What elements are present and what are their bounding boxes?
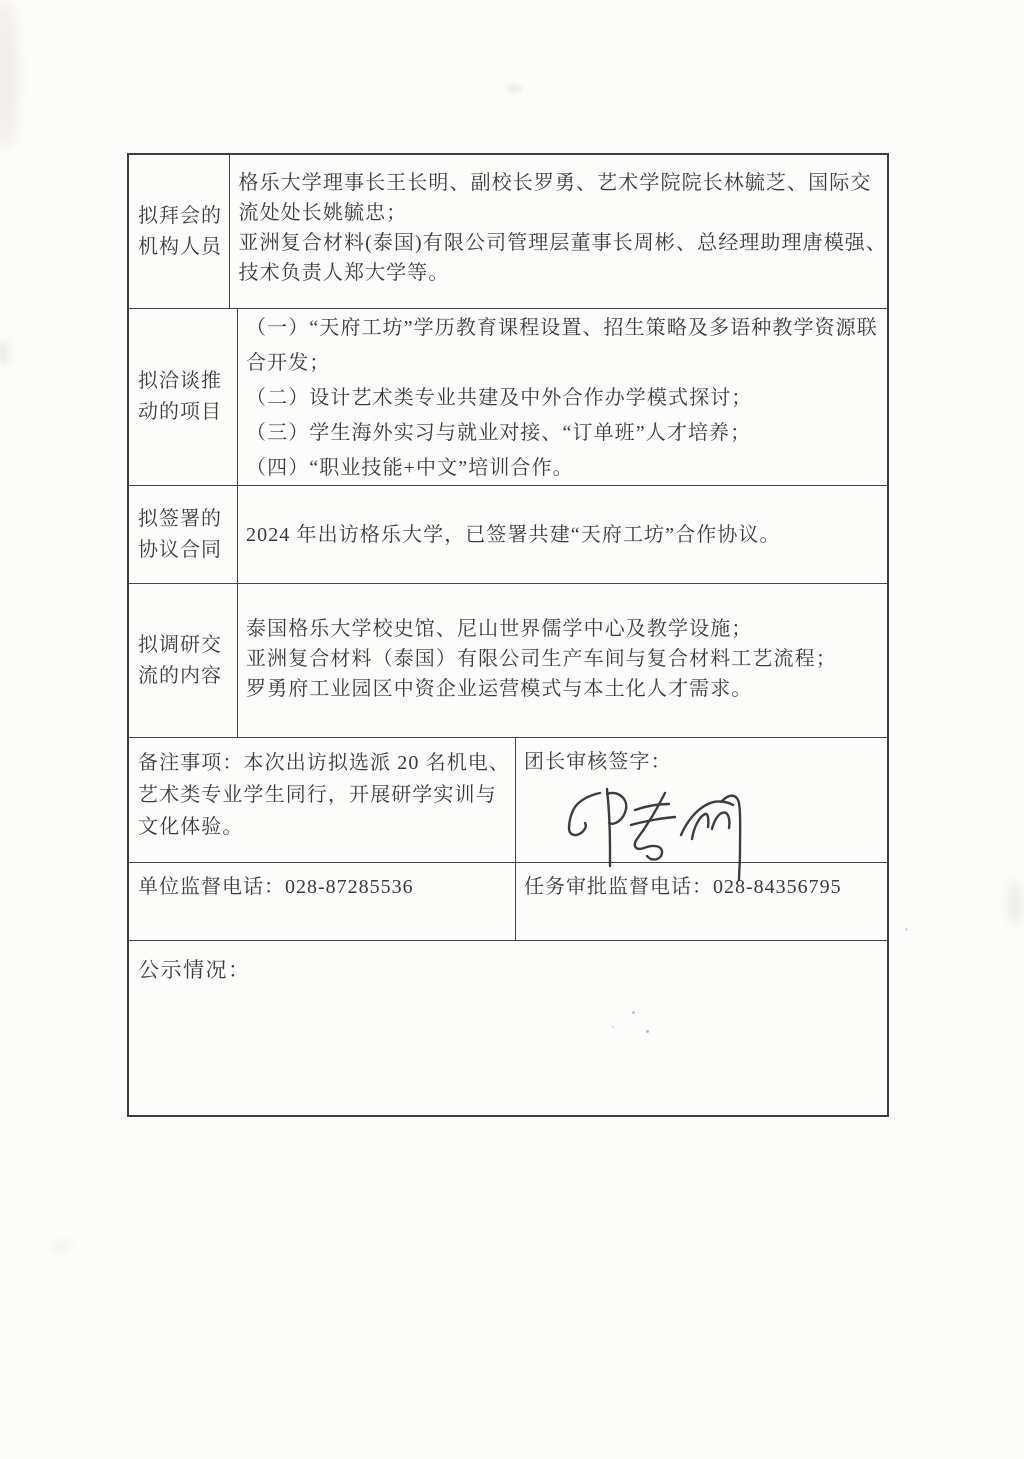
scan-smudge: [52, 1240, 72, 1252]
row-label-line: 动的项目: [138, 397, 237, 428]
row-label-line: 拟拜会的: [138, 201, 229, 232]
content-line: 罗勇府工业园区中资企业运营模式与本土化人才需求。: [246, 674, 887, 704]
table-row-notes-signature: 备注事项：本次出访拟选派 20 名机电、 艺术类专业学生同行，开展研学实训与 文…: [129, 738, 887, 863]
row-label-line: 机构人员: [138, 232, 229, 263]
content-line: （一）“天府工坊”学历教育课程设置、招生策略及多语种教学资源联: [246, 311, 887, 346]
table-row-research: 拟调研交 流的内容 泰国格乐大学校史馆、尼山世界儒学中心及教学设施； 亚洲复合材…: [129, 584, 887, 738]
row-label-line: 流的内容: [138, 661, 237, 692]
content-line: （四）“职业技能+中文”培训合作。: [246, 451, 887, 486]
row-label-line: 拟调研交: [138, 630, 237, 661]
scan-smudge: [1008, 880, 1022, 926]
scan-smudge: [0, 340, 10, 366]
table-row-phones: 单位监督电话：028-87285536 任务审批监督电话：028-8435679…: [129, 863, 887, 941]
row-content-projects: （一）“天府工坊”学历教育课程设置、招生策略及多语种教学资源联 合开发； （二）…: [238, 309, 887, 485]
row-content-agreements: 2024 年出访格乐大学，已签署共建“天府工坊”合作协议。: [238, 486, 887, 583]
content-line: （三）学生海外实习与就业对接、“订单班”人才培养；: [246, 416, 887, 451]
notes-cell: 备注事项：本次出访拟选派 20 名机电、 艺术类专业学生同行，开展研学实训与 文…: [129, 738, 516, 862]
task-phone-text: 任务审批监督电话：028-84356795: [524, 873, 887, 901]
row-label-research: 拟调研交 流的内容: [129, 584, 238, 737]
row-label-line: 协议合同: [138, 535, 237, 566]
table-row-agreements: 拟签署的 协议合同 2024 年出访格乐大学，已签署共建“天府工坊”合作协议。: [129, 486, 887, 584]
scan-speck: [905, 928, 908, 931]
content-line: 2024 年出访格乐大学，已签署共建“天府工坊”合作协议。: [246, 522, 781, 548]
row-label-line: 拟签署的: [138, 504, 237, 535]
content-line: （二）设计艺术类专业共建及中外合作办学模式探讨；: [246, 381, 887, 416]
task-phone-cell: 任务审批监督电话：028-84356795: [516, 863, 887, 940]
table-row-publicity: 公示情况：: [129, 941, 887, 1115]
row-label-line: 拟洽谈推: [138, 366, 237, 397]
publicity-cell: 公示情况：: [129, 941, 887, 1115]
content-line: 亚洲复合材料（泰国）有限公司生产车间与复合材料工艺流程；: [246, 644, 887, 674]
unit-phone-cell: 单位监督电话：028-87285536: [129, 863, 516, 940]
notes-line: 备注事项：本次出访拟选派 20 名机电、: [138, 747, 515, 779]
content-line: 流处处长姚毓忠；: [238, 198, 887, 228]
content-line: 亚洲复合材料(泰国)有限公司管理层董事长周彬、总经理助理唐模强、: [238, 228, 887, 258]
scanned-document-page: 拟拜会的 机构人员 格乐大学理事长王长明、副校长罗勇、艺术学院院长林毓芝、国际交…: [0, 0, 1024, 1459]
signature-label: 团长审核签字：: [524, 747, 887, 777]
notes-line: 文化体验。: [138, 811, 515, 843]
row-label-agreements: 拟签署的 协议合同: [129, 486, 238, 583]
signature-name: 邱春丽: [524, 777, 525, 778]
signature-cell: 团长审核签字： 邱春丽: [516, 738, 887, 862]
content-line: 泰国格乐大学校史馆、尼山世界儒学中心及教学设施；: [246, 614, 887, 644]
content-line: 格乐大学理事长王长明、副校长罗勇、艺术学院院长林毓芝、国际交: [238, 168, 887, 198]
row-content-visit-targets: 格乐大学理事长王长明、副校长罗勇、艺术学院院长林毓芝、国际交 流处处长姚毓忠； …: [230, 155, 887, 308]
scan-smudge: [0, 0, 18, 150]
publicity-label: 公示情况：: [138, 955, 887, 985]
row-content-research: 泰国格乐大学校史馆、尼山世界儒学中心及教学设施； 亚洲复合材料（泰国）有限公司生…: [238, 584, 887, 737]
content-line: 技术负责人郑大学等。: [238, 258, 887, 288]
content-line: 合开发；: [246, 346, 887, 381]
row-label-projects: 拟洽谈推 动的项目: [129, 309, 238, 485]
scan-smudge: [506, 84, 522, 93]
notes-line: 艺术类专业学生同行，开展研学实训与: [138, 779, 515, 811]
table-row-visit-targets: 拟拜会的 机构人员 格乐大学理事长王长明、副校长罗勇、艺术学院院长林毓芝、国际交…: [129, 155, 887, 309]
visit-approval-table: 拟拜会的 机构人员 格乐大学理事长王长明、副校长罗勇、艺术学院院长林毓芝、国际交…: [127, 153, 889, 1117]
table-row-projects: 拟洽谈推 动的项目 （一）“天府工坊”学历教育课程设置、招生策略及多语种教学资源…: [129, 309, 887, 486]
unit-phone-text: 单位监督电话：028-87285536: [138, 873, 515, 901]
row-label-visit-targets: 拟拜会的 机构人员: [129, 155, 230, 308]
